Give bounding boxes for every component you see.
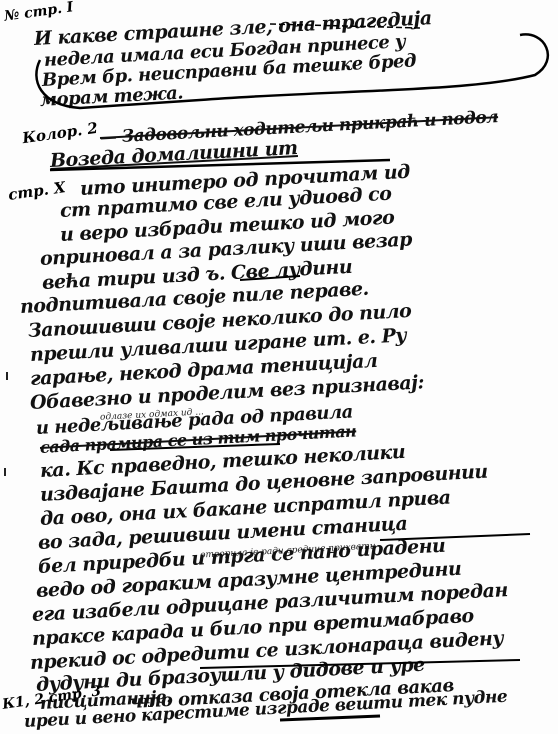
margin-label-section-3: стр. X: [7, 178, 67, 204]
margin-label-page-1: № стр. I: [3, 0, 74, 25]
manuscript-page: № стр. I И какве страшне зле, она трагед…: [0, 0, 558, 734]
manuscript-line: — Задовољни ходитељи прикраћ и подол: [99, 107, 498, 148]
struck-word: — Задовољни ходитељи прикраћ и подол: [99, 107, 498, 148]
margin-label-section-2: Колор. 2: [21, 119, 99, 147]
scan-speck: [4, 468, 6, 476]
scan-speck: [6, 372, 8, 380]
